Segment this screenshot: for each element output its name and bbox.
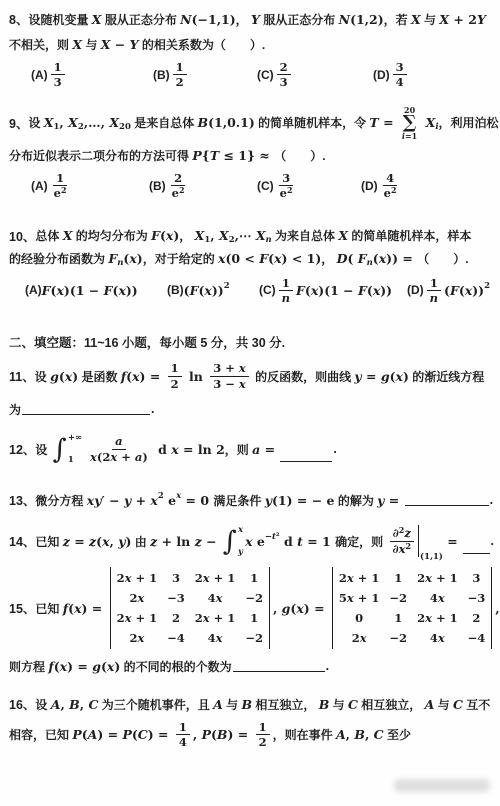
math-run: d t = 1 [280, 534, 335, 549]
bold-text-run: . [151, 402, 154, 416]
question-9-option-b: (B) 2e2 [149, 171, 257, 201]
numerator: 3 [279, 171, 293, 186]
subscript: 1 [54, 122, 60, 132]
math-run: , g(x) = [273, 601, 329, 616]
text-run: ，则 [225, 441, 252, 458]
matrix-cell: 2 [472, 611, 480, 625]
text-run: 相互独立， [252, 696, 319, 713]
text-run: 不相关，则 [9, 36, 72, 53]
text-run: ， [236, 11, 251, 28]
question-10-line-1: 10、总体 X 的均匀分布为 F(x)， X1, X2,⋯ Xn 为来自总体 X… [9, 227, 494, 245]
math-run: (x)) = [373, 251, 417, 266]
lower-limit: 1 [68, 455, 82, 465]
bold-text-run: . [326, 659, 329, 673]
matrix-cell: 2x [129, 591, 144, 605]
math-run: 2 [174, 171, 182, 185]
math-run: , [495, 601, 499, 616]
text-run: 设 [35, 696, 50, 713]
question-10-option-c: (C) 1n F(x)(1 − F(x)) [259, 276, 407, 306]
superscript: x [176, 491, 181, 501]
matrix-cell: −4 [468, 631, 486, 645]
numerator: 4 [383, 171, 397, 186]
text-run: 至少 [384, 726, 411, 743]
question-9-option-a: (A) 1e2 [31, 171, 149, 201]
math-run: y = [377, 493, 403, 508]
fraction: 12 [173, 60, 187, 90]
math-run: f(x) = [63, 601, 107, 616]
matrix-cell: 1 [394, 571, 402, 585]
text-run: 的均匀分布为 [72, 227, 151, 244]
math-run: a [115, 434, 122, 448]
text-run: 服从正态分布 [102, 11, 181, 28]
text-run: ， [179, 227, 194, 244]
math-run: (F(x)) [184, 283, 224, 298]
text-run: (A) [25, 283, 42, 297]
bold-text-run: 16、 [9, 695, 35, 713]
text-run: 满足条件 [213, 492, 264, 509]
math-run: T = [369, 115, 398, 130]
text-run: ，则在事件 [273, 726, 336, 743]
question-16-line-1: 16、设 A, B, C 为三个随机事件，且 A 与 B 相互独立， B 与 C… [9, 695, 494, 713]
numerator: 3 + x [210, 361, 249, 376]
matrix-cell: 4x [208, 631, 223, 645]
text-run: 的不同的根的个数为 [120, 658, 231, 675]
fraction: 34 [393, 60, 407, 90]
section-2-heading: 二、填空题：11~16 小题，每小题 5 分，共 30 分. [9, 333, 494, 351]
math-run: (F(x)) [444, 283, 484, 298]
math-run: D( F [337, 251, 367, 266]
question-8-options: (A) 13 (B) 12 (C) 23 (D) 34 [31, 60, 494, 90]
bold-text-run: 10、 [9, 227, 35, 245]
fraction: 12 [256, 720, 270, 750]
text-run: 与 [421, 11, 440, 28]
text-run: 设 [35, 368, 50, 385]
math-run: 2 [280, 60, 288, 74]
text-run: 是来自总体 [131, 114, 198, 131]
subscript: 1 [204, 235, 210, 245]
math-run: z [404, 526, 411, 540]
fraction: 1n [279, 276, 293, 306]
lower-limit: y [238, 547, 243, 557]
bold-text-run: . [333, 442, 336, 456]
superscript: −t² [265, 532, 280, 542]
numerator: 1 [51, 60, 65, 75]
fraction: 1e2 [51, 171, 70, 201]
math-run: 1 [176, 60, 184, 74]
bold-text-run: 13、 [9, 491, 35, 509]
math-run: 2 [259, 735, 267, 749]
denominator: 3 − x [210, 377, 249, 391]
denominator: 2 [168, 377, 182, 391]
integral: ∫+∞1 [53, 433, 82, 465]
matrix-cell: 1 [250, 611, 258, 625]
answer-blank [233, 659, 325, 672]
text-run: (C) [257, 179, 274, 193]
text-run: (B) [153, 68, 170, 82]
math-run: Y [251, 12, 260, 27]
subscript: n [117, 258, 123, 268]
text-run: (B) [167, 283, 184, 297]
text-run: (D) [407, 283, 424, 297]
math-run: X [411, 12, 421, 27]
upper-limit: x [238, 525, 243, 535]
math-run: , P(B) = [193, 727, 253, 742]
math-run: f(x) = [121, 369, 165, 384]
math-run: X [421, 115, 435, 130]
fraction: 23 [277, 60, 291, 90]
matrix-cell: 4x [430, 631, 445, 645]
denominator: e2 [277, 186, 296, 200]
upper-limit: +∞ [68, 433, 82, 443]
text-run: (D) [361, 179, 378, 193]
matrix-cell: 2x + 1 [195, 571, 236, 585]
math-run: d x = ln 2 [154, 442, 225, 457]
text-run: ， [321, 250, 336, 267]
math-run: , X [59, 115, 77, 130]
text-run: (A) [31, 68, 48, 82]
math-run: 1 [179, 720, 187, 734]
math-run: y = g(x) [354, 369, 409, 384]
math-run: 3 − x [213, 377, 246, 391]
matrix-cell: −3 [468, 591, 486, 605]
text-run: 的反函数，则曲线 [252, 368, 355, 385]
answer-blank [463, 541, 489, 554]
math-run: xy′ − y + x [87, 493, 158, 508]
numerator: 2 [277, 60, 291, 75]
text-run: 为三个随机事件，且 [98, 696, 213, 713]
text-run: 设随机变量 [28, 11, 91, 28]
text-run: 为来自总体 [272, 227, 339, 244]
text-run: 的相关系数为（ ）. [139, 36, 266, 53]
question-9-line-2: 分布近似表示二项分布的方法可得 P{T ≤ 1} ≈ （ ）. [9, 147, 494, 165]
math-run: z = z(x, y) [63, 534, 132, 549]
math-run: e [172, 186, 179, 200]
numerator: 1 [53, 171, 67, 186]
matrix-cell: 2x [129, 631, 144, 645]
question-9-line-1: 9、设 X1, X2,…, X20 是来自总体 B(1,0.1) 的简单随机样本… [9, 106, 494, 140]
math-run: x(2x + a) [90, 450, 148, 464]
answer-blank [280, 449, 332, 462]
bold-text-run: 14、 [9, 532, 35, 550]
text-run: 与 [223, 696, 242, 713]
math-run: ln [185, 369, 208, 384]
math-run: 4 [386, 171, 394, 185]
matrix-cell: −3 [167, 591, 185, 605]
text-run: 互不 [463, 696, 490, 713]
superscript: 2 [287, 185, 293, 195]
matrix-cell: −2 [245, 591, 263, 605]
math-run: n [282, 291, 290, 305]
text-run: 相互独立， [358, 696, 425, 713]
eval-subscript: (1,1) [420, 552, 443, 562]
determinant: 2x + 112x + 135x + 1−24x−3012x + 122x−24… [332, 567, 492, 649]
question-15-line-2: 则方程 f(x) = g(x) 的不同的根的个数为. [9, 657, 494, 675]
math-run: ,…, X [84, 115, 119, 130]
fraction: 13 [51, 60, 65, 90]
math-run: e [384, 186, 391, 200]
fraction: 4e2 [381, 171, 400, 201]
question-8-line-1: 8、设随机变量 X 服从正态分布 N(−1,1)， Y 服从正态分布 N(1,2… [9, 10, 494, 28]
text-run: 与 [329, 696, 348, 713]
bold-text-run: 15、 [9, 599, 35, 617]
subscript: n [266, 235, 272, 245]
math-run: x e [245, 534, 265, 549]
sum-lower-limit: i=1 [402, 132, 417, 140]
matrix-cell: −2 [389, 631, 407, 645]
fraction: 3e2 [277, 171, 296, 201]
watermark-smudge [394, 779, 490, 792]
question-8-option-c: (C) 23 [257, 60, 373, 90]
denominator: 4 [393, 75, 407, 89]
fraction: 3 + x3 − x [210, 361, 249, 391]
bold-text-run: 二、填空题：11~16 小题，每小题 5 分，共 30 分. [9, 333, 285, 351]
math-run: B(1,0.1) [198, 115, 255, 130]
denominator: ∂x2 [389, 542, 414, 556]
exam-document-page: 8、设随机变量 X 服从正态分布 N(−1,1)， Y 服从正态分布 N(1,2… [0, 0, 500, 806]
text-run: （ ）. [274, 147, 325, 164]
text-run: 的经验分布函数为 [9, 250, 108, 267]
text-run: 已知 [35, 600, 62, 617]
text-run: 相容，已知 [9, 726, 72, 743]
matrix-cell: 4x [208, 591, 223, 605]
text-run: (B) [149, 179, 166, 193]
numerator: 3 [393, 60, 407, 75]
text-run: 总体 [35, 227, 62, 244]
text-run: 是函数 [78, 368, 121, 385]
math-run: 4 [179, 735, 187, 749]
matrix-cell: 2x + 1 [417, 611, 458, 625]
fraction: 1n [427, 276, 441, 306]
math-run: 3 [282, 171, 290, 185]
integral: ∫xy [223, 525, 243, 557]
question-14-line: 14、已知 z = z(x, y) 由 z + ln z − ∫xyx e−t²… [9, 525, 494, 557]
math-run: X [63, 228, 73, 243]
question-9-options: (A) 1e2 (B) 2e2 (C) 3e2 (D) 4e2 [31, 171, 494, 201]
numerator: 1 [256, 720, 270, 735]
denominator: 4 [176, 735, 190, 749]
numerator: 1 [173, 60, 187, 75]
math-run: P(A) = P(C) = [72, 727, 173, 742]
fraction: 2e2 [169, 171, 188, 201]
math-run: X − Y [101, 37, 139, 52]
denominator: e2 [51, 186, 70, 200]
matrix-cell: 2x + 1 [195, 611, 236, 625]
math-run: e [280, 186, 287, 200]
integral-icon: ∫ [223, 528, 237, 555]
fraction: ∂2z∂x2 [389, 526, 414, 556]
matrix-cell: 3 [172, 571, 180, 585]
question-8-option-d: (D) 34 [373, 60, 410, 90]
matrix-cell: 0 [355, 611, 363, 625]
math-run: B [241, 697, 252, 712]
math-run: 2 [171, 377, 179, 391]
fraction: ax(2x + a) [87, 434, 151, 464]
bar [418, 525, 419, 557]
math-run: 1 [54, 60, 62, 74]
math-run: = 0 [181, 493, 213, 508]
math-run: , X [210, 228, 228, 243]
matrix-cell: 2x + 1 [117, 571, 158, 585]
math-run: 1 [282, 276, 290, 290]
text-run: (A) [31, 179, 48, 193]
text-run: 与 [434, 696, 453, 713]
text-run: (D) [373, 68, 390, 82]
question-9-option-c: (C) 3e2 [257, 171, 361, 201]
question-10-option-d: (D) 1n (F(x))2 [407, 276, 490, 306]
text-run: 微分方程 [35, 492, 86, 509]
numerator: a [112, 434, 125, 449]
math-run: F [108, 251, 117, 266]
integral-limits: +∞1 [68, 433, 82, 465]
math-run: F(x)(1 − F(x)) [42, 283, 138, 298]
math-run: A [425, 697, 435, 712]
math-run: y(1) = − e [265, 493, 335, 508]
math-run: 1 [259, 720, 267, 734]
matrix-cell: 3 [472, 571, 480, 585]
math-run: 1 [171, 361, 179, 375]
text-run: 的简单随机样本，令 [255, 114, 370, 131]
matrix-cell: 1 [250, 571, 258, 585]
determinant: 2x + 132x + 112x−34x−22x + 122x + 112x−4… [110, 567, 270, 649]
text-run: (C) [257, 68, 274, 82]
math-run: (x) [123, 251, 142, 266]
text-run: 分布近似表示二项分布的方法可得 [9, 147, 192, 164]
superscript: 2 [224, 281, 230, 291]
matrix-cell: 1 [394, 611, 402, 625]
math-run: 3 [54, 75, 62, 89]
superscript: 2 [61, 185, 67, 195]
math-run: B [319, 697, 330, 712]
math-run: z + ln z − [150, 534, 221, 549]
math-run: N(−1,1) [180, 12, 236, 27]
numerator: 1 [279, 276, 293, 291]
denominator: 2 [173, 75, 187, 89]
math-run: A, B, C [336, 727, 384, 742]
question-16-line-2: 相容，已知 P(A) = P(C) = 14, P(B) = 12，则在事件 A… [9, 720, 494, 750]
math-run: e [164, 493, 176, 508]
math-run: X + 2Y [439, 12, 486, 27]
math-run: A [213, 697, 223, 712]
text-run: 与 [82, 36, 101, 53]
superscript: 2 [399, 525, 405, 535]
superscript: 2 [405, 541, 411, 551]
subscript: 2 [78, 122, 84, 132]
math-run: g(x) [50, 369, 78, 384]
question-10-options: (A) F(x)(1 − F(x)) (B) (F(x))2 (C) 1n F(… [25, 276, 494, 306]
question-12-line: 12、设 ∫+∞1ax(2x + a) d x = ln 2，则 a = . [9, 433, 494, 465]
math-run: C [348, 697, 358, 712]
question-13-line: 13、微分方程 xy′ − y + x2 ex = 0 满足条件 y(1) = … [9, 491, 494, 509]
math-run: F(x) [151, 228, 179, 243]
math-run: 3 [280, 75, 288, 89]
math-run: 3 + x [213, 361, 246, 375]
math-run: e [54, 186, 61, 200]
numerator: 1 [176, 720, 190, 735]
matrix-cell: 2x + 1 [339, 571, 380, 585]
denominator: 2 [256, 735, 270, 749]
matrix-cell: 2x [352, 631, 367, 645]
answer-blank [22, 402, 150, 415]
text-run: 的解为 [335, 492, 378, 509]
denominator: 3 [51, 75, 65, 89]
fraction: 12 [168, 361, 182, 391]
matrix-cell: 2 [172, 611, 180, 625]
math-run: a = [252, 442, 279, 457]
bold-text-run: 8、 [9, 10, 28, 28]
math-run: N(1,2) [339, 12, 384, 27]
matrix-cell: −2 [245, 631, 263, 645]
fraction: 14 [176, 720, 190, 750]
text-run: (C) [259, 283, 276, 297]
text-run: 设 [28, 114, 43, 131]
math-run: X [338, 228, 348, 243]
text-run: ，若 [384, 11, 411, 28]
bold-text-run: 9、 [9, 114, 28, 132]
math-run: n [430, 291, 438, 305]
question-8-line-2: 不相关，则 X 与 X − Y 的相关系数为（ ）. [9, 35, 494, 53]
text-run: 已知 [35, 533, 62, 550]
matrix-cell: 4x [430, 591, 445, 605]
superscript: 2 [179, 185, 185, 195]
denominator: x(2x + a) [87, 450, 151, 464]
bold-text-run: . [491, 534, 494, 548]
math-run: = [443, 534, 462, 549]
math-run: P{T ≤ 1} ≈ [192, 148, 274, 163]
text-run: 确定，则 [335, 533, 386, 550]
superscript: 2 [158, 491, 164, 501]
subscript: i [435, 122, 438, 132]
question-11-line-1: 11、设 g(x) 是函数 f(x) = 12 ln 3 + x3 − x 的反… [9, 361, 494, 391]
question-10-line-2: 的经验分布函数为 Fn(x)，对于给定的 x(0 < F(x) < 1)， D(… [9, 250, 494, 268]
math-run: X [72, 37, 82, 52]
numerator: ∂2z [390, 526, 414, 541]
numerator: 2 [171, 171, 185, 186]
text-run: 设 [35, 441, 50, 458]
text-run: （ ）. [417, 250, 468, 267]
question-15-line-1: 15、已知 f(x) = 2x + 132x + 112x−34x−22x + … [9, 567, 494, 649]
math-run: 1 [56, 171, 64, 185]
answer-blank [405, 493, 489, 506]
math-run: X [44, 115, 54, 130]
question-8-option-b: (B) 12 [153, 60, 257, 90]
bold-text-run: 11、 [9, 367, 35, 385]
math-run: X [92, 12, 102, 27]
integral-limits: xy [238, 525, 243, 557]
math-run: 2 [176, 75, 184, 89]
math-run: 3 [396, 60, 404, 74]
question-8-option-a: (A) 13 [31, 60, 153, 90]
integral-icon: ∫ [53, 436, 67, 463]
math-run: A, B, C [51, 697, 99, 712]
text-run: 的渐近线方程 [409, 368, 484, 385]
matrix-cell: −4 [167, 631, 185, 645]
matrix-cell: 5x + 1 [339, 591, 380, 605]
denominator: e2 [169, 186, 188, 200]
numerator: 1 [427, 276, 441, 291]
subscript: n [367, 258, 373, 268]
evaluation-bar: (1,1) [418, 525, 442, 557]
text-run: ，利用泊松 [439, 114, 499, 131]
math-run: X [195, 228, 205, 243]
math-run: f(x) = g(x) [48, 659, 120, 674]
subscript: 2 [229, 235, 235, 245]
numerator: 1 [168, 361, 182, 376]
denominator: n [279, 291, 293, 305]
math-run: 1 [430, 276, 438, 290]
text-run: 则方程 [9, 658, 48, 675]
math-run: x(0 < F(x) < 1) [218, 251, 321, 266]
matrix-cell: 2x + 1 [417, 571, 458, 585]
